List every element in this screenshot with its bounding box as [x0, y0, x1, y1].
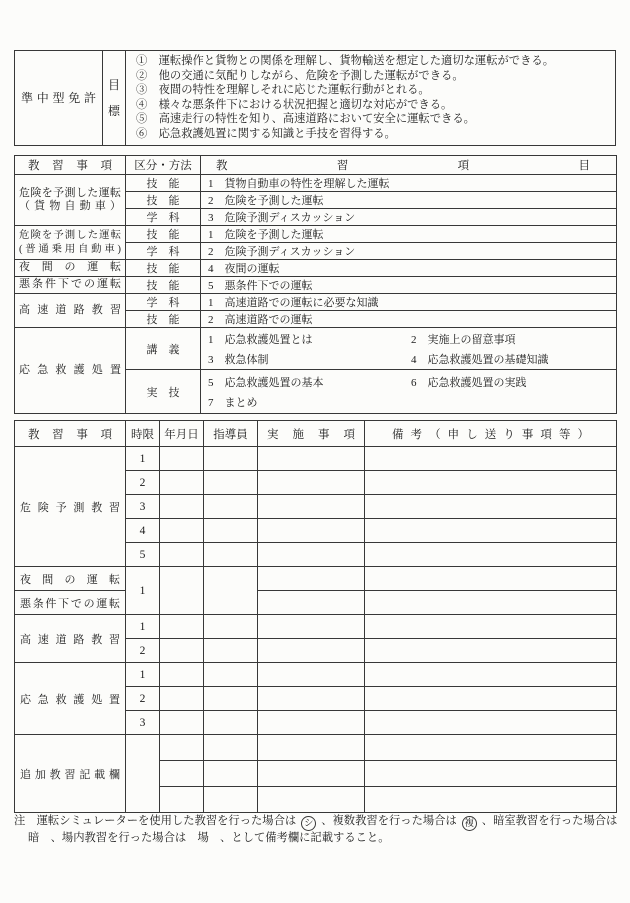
record-header-period: 時限 — [126, 421, 160, 447]
curriculum-item: 応急救護処置 — [15, 328, 126, 414]
period-cell: 3 — [126, 711, 160, 735]
method-cell: 講 義 — [126, 328, 201, 370]
instructor-cell — [204, 711, 258, 735]
remarks-cell — [365, 567, 617, 591]
implemented-cell — [258, 495, 365, 519]
content-cell: 3 危険予測ディスカッション — [201, 209, 617, 226]
period-cell: 3 — [126, 495, 160, 519]
record-header-remarks: 備考（申し送り事項等） — [365, 421, 617, 447]
remarks-cell — [365, 615, 617, 639]
instructor-cell — [204, 543, 258, 567]
record-item-night: 夜間の運転 — [15, 567, 126, 591]
practice-topics: 5 応急救護処置の基本 6 応急救護処置の実践 7 まとめ — [201, 374, 616, 410]
record-header-implemented: 実施事項 — [258, 421, 365, 447]
record-header-instructor: 指導員 — [204, 421, 258, 447]
goal-item: ⑥ 応急救護処置に関する知識と手技を習得する。 — [136, 127, 611, 142]
date-cell — [160, 447, 204, 471]
remarks-cell — [365, 761, 617, 787]
remarks-cell — [365, 663, 617, 687]
date-cell — [160, 567, 204, 615]
remarks-cell — [365, 639, 617, 663]
instructor-cell — [204, 639, 258, 663]
curriculum-item: 高速道路教習 — [15, 294, 126, 328]
license-name: 準中型免許 — [15, 51, 103, 146]
lecture-topics: 1 応急救護処置とは 2 実施上の留意事項 3 救急体制 4 応急救護処置の基礎… — [201, 331, 616, 367]
record-item-hazard: 危険予測教習 — [15, 447, 126, 567]
curriculum-header-item: 教習事項 — [15, 156, 126, 175]
period-cell: 5 — [126, 543, 160, 567]
content-cell: 2 危険を予測した運転 — [201, 192, 617, 209]
implemented-cell — [258, 761, 365, 787]
content-cell: 1 応急救護処置とは 2 実施上の留意事項 3 救急体制 4 応急救護処置の基礎… — [201, 328, 617, 370]
remarks-cell — [365, 519, 617, 543]
content-cell: 2 危険予測ディスカッション — [201, 243, 617, 260]
topic: 3 救急体制 — [208, 351, 411, 367]
content-cell: 2 高速道路での運転 — [201, 311, 617, 328]
date-cell — [160, 761, 204, 787]
content-cell: 4 夜間の運転 — [201, 260, 617, 277]
record-item-highway: 高速道路教習 — [15, 615, 126, 663]
record-item-additional: 追加教習記載欄 — [15, 735, 126, 813]
remarks-cell — [365, 495, 617, 519]
content-cell: 1 貨物自動車の特性を理解した運転 — [201, 175, 617, 192]
topic: 6 応急救護処置の実践 — [411, 374, 616, 390]
remarks-cell — [365, 711, 617, 735]
goal-label-char: 標 — [108, 102, 120, 119]
goal-label-cell: 目 標 — [103, 51, 126, 146]
date-cell — [160, 687, 204, 711]
date-cell — [160, 519, 204, 543]
implemented-cell — [258, 447, 365, 471]
topic: 1 応急救護処置とは — [208, 331, 411, 347]
curriculum-table: 教習事項 区分・方法 教習項目 危険を予測した運転（貨物自動車） 技 能 1 貨… — [14, 155, 617, 414]
instructor-cell — [204, 615, 258, 639]
method-cell: 技 能 — [126, 226, 201, 243]
curriculum-item: 危険を予測した運転(普通乗用自動車) — [15, 226, 126, 260]
remarks-cell — [365, 471, 617, 495]
instructor-cell — [204, 471, 258, 495]
curriculum-item: 危険を予測した運転（貨物自動車） — [15, 175, 126, 226]
implemented-cell — [258, 711, 365, 735]
instructor-cell — [204, 687, 258, 711]
goal-item: ④ 様々な悪条件下における状況把握と適切な対応ができる。 — [136, 98, 611, 113]
instructor-cell — [204, 567, 258, 615]
implemented-cell — [258, 787, 365, 813]
date-cell — [160, 615, 204, 639]
record-header-date: 年月日 — [160, 421, 204, 447]
goal-item: ③ 夜間の特性を理解しそれに応じた運転行動がとれる。 — [136, 83, 611, 98]
method-cell: 技 能 — [126, 311, 201, 328]
implemented-cell — [258, 567, 365, 591]
record-item-adverse: 悪条件下での運転 — [15, 591, 126, 615]
period-cell — [126, 735, 160, 813]
implemented-cell — [258, 687, 365, 711]
footnote-text: 、複数教習を行った場合は — [321, 815, 457, 827]
method-cell: 学 科 — [126, 209, 201, 226]
date-cell — [160, 495, 204, 519]
remarks-cell — [365, 687, 617, 711]
period-cell: 4 — [126, 519, 160, 543]
remarks-cell — [365, 543, 617, 567]
date-cell — [160, 543, 204, 567]
method-cell: 実 技 — [126, 370, 201, 414]
instructor-cell — [204, 761, 258, 787]
goal-label-char: 目 — [108, 76, 120, 93]
curriculum-item: 悪条件下での運転 — [15, 277, 126, 294]
content-cell: 5 応急救護処置の基本 6 応急救護処置の実践 7 まとめ — [201, 370, 617, 414]
footnote-text: 注 運転シミュレーターを使用した教習を行った場合は — [14, 815, 296, 827]
topic: 5 応急救護処置の基本 — [208, 374, 411, 390]
footnote: 注 運転シミュレーターを使用した教習を行った場合はシ、複数教習を行った場合は複、… — [14, 814, 618, 847]
curriculum-header-method: 区分・方法 — [126, 156, 201, 175]
period-cell: 1 — [126, 615, 160, 639]
multiple-mark-icon: 複 — [462, 816, 477, 831]
remarks-cell — [365, 735, 617, 761]
goal-label: 目 標 — [103, 76, 125, 119]
method-cell: 技 能 — [126, 192, 201, 209]
date-cell — [160, 639, 204, 663]
remarks-cell — [365, 591, 617, 615]
date-cell — [160, 711, 204, 735]
curriculum-header-content: 教習項目 — [201, 156, 617, 175]
remarks-cell — [365, 447, 617, 471]
license-goals-table: 準中型免許 目 標 ① 運転操作と貨物との関係を理解し、貨物輸送を想定した適切な… — [14, 50, 616, 146]
implemented-cell — [258, 519, 365, 543]
implemented-cell — [258, 663, 365, 687]
goal-item: ① 運転操作と貨物との関係を理解し、貨物輸送を想定した適切な運転ができる。 — [136, 54, 611, 69]
record-item-first-aid: 応急救護処置 — [15, 663, 126, 735]
goal-item: ⑤ 高速走行の特性を知り、高速道路において安全に運転できる。 — [136, 112, 611, 127]
content-cell: 5 悪条件下での運転 — [201, 277, 617, 294]
goals-cell: ① 運転操作と貨物との関係を理解し、貨物輸送を想定した適切な運転ができる。 ② … — [126, 51, 616, 146]
implemented-cell — [258, 615, 365, 639]
period-cell: 2 — [126, 639, 160, 663]
implemented-cell — [258, 735, 365, 761]
method-cell: 技 能 — [126, 277, 201, 294]
training-record-table: 教習事項 時限 年月日 指導員 実施事項 備考（申し送り事項等） 危険予測教習 … — [14, 420, 617, 813]
instructor-cell — [204, 663, 258, 687]
implemented-cell — [258, 543, 365, 567]
topic: 2 実施上の留意事項 — [411, 331, 616, 347]
topic: 7 まとめ — [208, 394, 411, 410]
implemented-cell — [258, 591, 365, 615]
date-cell — [160, 471, 204, 495]
remarks-cell — [365, 787, 617, 813]
period-cell: 2 — [126, 687, 160, 711]
implemented-cell — [258, 639, 365, 663]
date-cell — [160, 663, 204, 687]
instructor-cell — [204, 519, 258, 543]
record-header-item: 教習事項 — [15, 421, 126, 447]
method-cell: 技 能 — [126, 260, 201, 277]
date-cell — [160, 735, 204, 761]
period-cell: 2 — [126, 471, 160, 495]
period-cell: 1 — [126, 447, 160, 471]
content-cell: 1 危険を予測した運転 — [201, 226, 617, 243]
period-cell: 1 — [126, 663, 160, 687]
instructor-cell — [204, 787, 258, 813]
content-cell: 1 高速道路での運転に必要な知識 — [201, 294, 617, 311]
date-cell — [160, 787, 204, 813]
instructor-cell — [204, 735, 258, 761]
method-cell: 学 科 — [126, 294, 201, 311]
instructor-cell — [204, 447, 258, 471]
method-cell: 技 能 — [126, 175, 201, 192]
instructor-cell — [204, 495, 258, 519]
training-record-sheet: 準中型免許 目 標 ① 運転操作と貨物との関係を理解し、貨物輸送を想定した適切な… — [0, 0, 630, 903]
implemented-cell — [258, 471, 365, 495]
curriculum-item: 夜間の運転 — [15, 260, 126, 277]
simulator-mark-icon: シ — [301, 816, 316, 831]
topic: 4 応急救護処置の基礎知識 — [411, 351, 616, 367]
period-cell: 1 — [126, 567, 160, 615]
goal-item: ② 他の交通に気配りしながら、危険を予測した運転ができる。 — [136, 69, 611, 84]
method-cell: 学 科 — [126, 243, 201, 260]
